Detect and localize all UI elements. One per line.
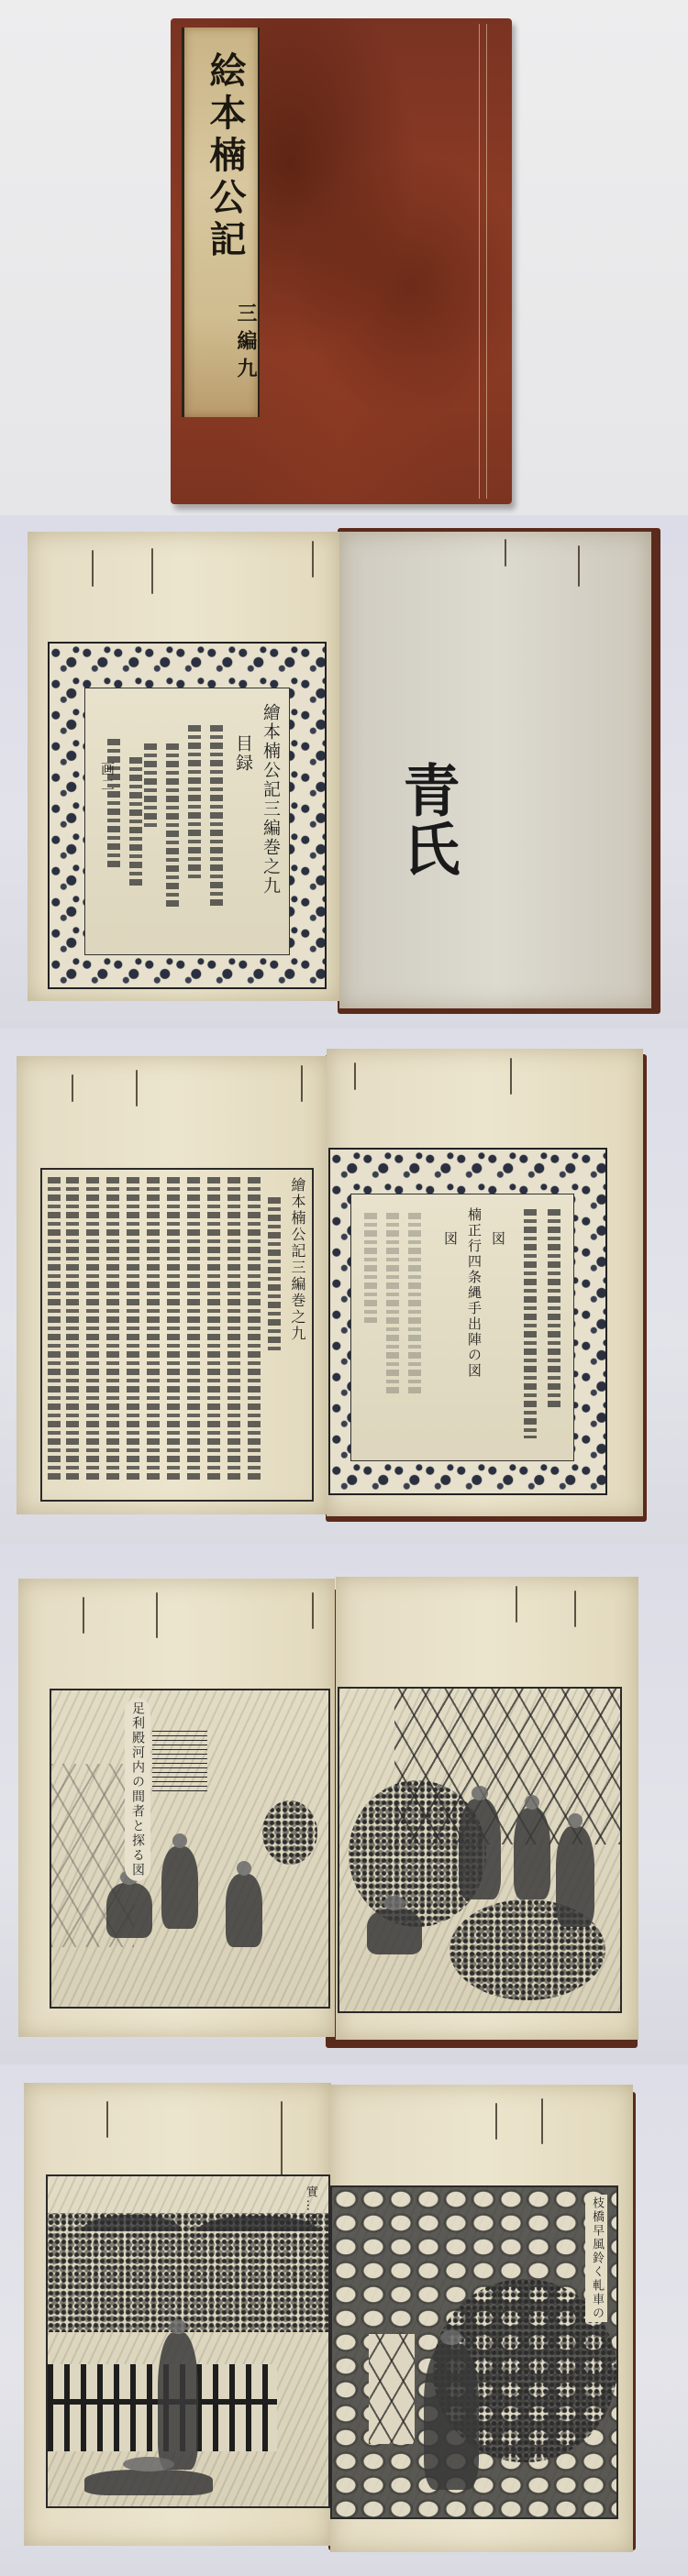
photo-spread-contents: 繪本楠公記三編巻之九 目録 画二 青氏 — [0, 515, 688, 1029]
book-cover: 絵本楠公記 三編九 — [171, 18, 512, 504]
left-page: 繪本楠公記三編巻之九 目録 画二 — [28, 532, 339, 1001]
left-page: 足利殿河内の間者と探る図 — [18, 1579, 335, 2037]
right-page: 枝橋早風鈴く軋車の — [330, 2085, 633, 2552]
right-page: 青氏 — [339, 532, 651, 1008]
title-slip: 絵本楠公記 三編九 — [182, 28, 260, 417]
page-marker: 画二 — [98, 762, 117, 793]
photo-spread-text: 繪本楠公記三編巻之九 図 — [0, 1029, 688, 1544]
contents-label: 目録 — [234, 734, 252, 773]
list-item: 楠正行四条縄手出陣の図 — [465, 1207, 483, 1379]
open-book: 繪本楠公記三編巻之九 目録 画二 青氏 — [0, 515, 688, 1029]
photo-spread-illustration-2: 實…図 枝橋早風鈴く軋車の — [0, 2064, 688, 2576]
left-page: 繪本楠公記三編巻之九 — [17, 1056, 328, 1514]
text-frame: 繪本楠公記三編巻之九 — [40, 1168, 314, 1502]
illustration-caption-left: 實…図 — [301, 2185, 319, 2227]
binding-thread — [479, 24, 480, 499]
left-page: 實…図 — [24, 2083, 331, 2546]
open-book: 繪本楠公記三編巻之九 図 — [0, 1029, 688, 1544]
cover-volume: 三編九 — [232, 303, 261, 385]
photo-spread-illustration-1: 足利殿河内の間者と探る図 — [0, 1544, 688, 2064]
illustration-list-panel: 図 楠正行四条縄手出陣の図 図 — [350, 1194, 574, 1461]
open-book: 實…図 枝橋早風鈴く軋車の — [0, 2064, 688, 2576]
illustration-samurai-tree — [338, 1687, 622, 2013]
ink-inscription: 青氏 — [394, 761, 459, 878]
illustration-caption-right: 枝橋早風鈴く軋車の — [585, 2195, 607, 2322]
right-page — [336, 1577, 638, 2040]
text-heading: 繪本楠公記三編巻之九 — [288, 1177, 306, 1342]
illustration-warrior-stone-wall: 枝橋早風鈴く軋車の — [330, 2185, 618, 2519]
contents-panel: 繪本楠公記三編巻之九 目録 画二 — [84, 688, 290, 955]
binding-thread — [486, 24, 487, 499]
open-book: 足利殿河内の間者と探る図 — [0, 1544, 688, 2064]
contents-heading: 繪本楠公記三編巻之九 — [261, 703, 280, 896]
photo-cover: 絵本楠公記 三編九 — [0, 0, 688, 515]
illustration-swordsman-fence: 實…図 — [46, 2174, 330, 2508]
illustration-gate-struggle: 足利殿河内の間者と探る図 — [50, 1689, 330, 2009]
illustration-caption: 足利殿河内の間者と探る図 — [125, 1698, 150, 1881]
right-page: 図 楠正行四条縄手出陣の図 図 — [327, 1049, 643, 1516]
cover-title: 絵本楠公記 — [205, 51, 245, 262]
list-item: 図 — [489, 1231, 507, 1247]
list-item: 図 — [441, 1231, 460, 1247]
